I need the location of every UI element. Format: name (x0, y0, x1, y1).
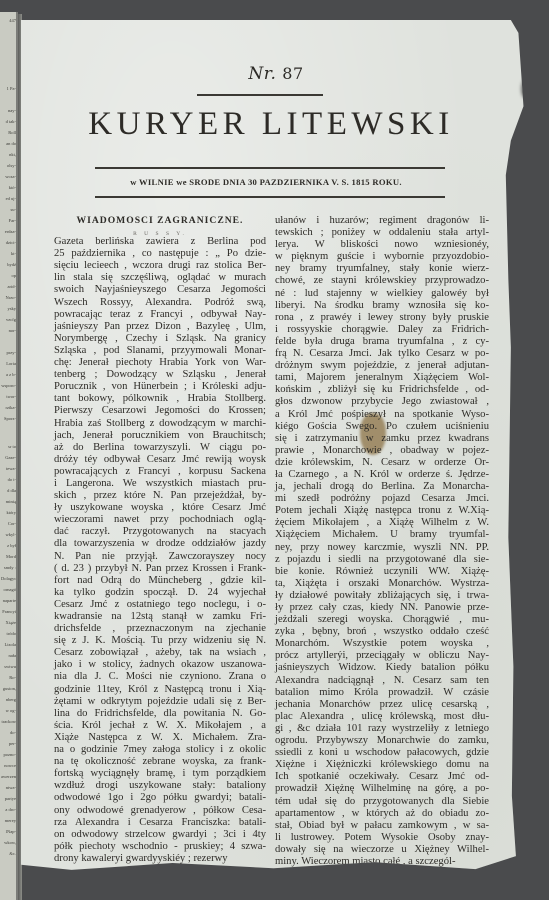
text-line: ogrodu. Przybywszy Monarchwie do zamku, (275, 735, 489, 747)
right-column-text: ułanów i huzarów; regiment dragonów li-t… (275, 215, 489, 868)
text-line: Monarchóm. Wszystkie potem woyska , (275, 638, 489, 650)
margin-fragment: 1 Pa- (1, 86, 16, 97)
text-line: ja, jechali drogą do Berlina. Za Monarch… (275, 481, 489, 493)
margin-fragment: do- (1, 730, 16, 741)
text-line: jach, Jenerał porucznikiem von Brauchits… (54, 430, 266, 442)
text-line: N. Pan nie przyjął. Zawczorayszey nocy (54, 551, 266, 563)
text-line: chę: Jenerał piechoty Hrabia York von Wa… (54, 357, 266, 369)
text-line: nia dla J. C. Mości nie czyniono. Zrana … (54, 671, 266, 683)
newspaper-title: KURYER LITEWSKI (51, 106, 491, 143)
text-line: ka tylko godzin spoczął. D. 24 wyjechał (54, 587, 266, 599)
margin-fragment: sr to (1, 444, 16, 455)
margin-fragment: a dro- (1, 807, 16, 818)
text-line: powracając teraz z Francyi , odbywał Nay… (54, 309, 266, 321)
text-line: chowé, ze stayni królewskiey przyprowadz… (275, 275, 489, 287)
section-heading: WIADOMOSCI ZAGRANICZNE. (54, 215, 266, 227)
margin-fragment: awerzeni (1, 774, 16, 785)
margin-fragment: partye (1, 796, 16, 807)
margin-fragment: wcza- (1, 174, 16, 185)
margin-fragment: arid- (1, 284, 16, 295)
text-line: żęciem Mikołajem , a Xiążę Wilhelm z W. (275, 517, 489, 529)
text-line: wieczorami nawet przy pochodniach oglą- (54, 514, 266, 526)
text-line: ły przez cały czas, kiedy NN. Panowie pr… (275, 602, 489, 614)
margin-fragment: twor- (1, 394, 16, 405)
text-line: felde była druga brama tryumfalna , z cy… (275, 336, 489, 348)
margin-fragment: Loria (1, 361, 16, 372)
text-line: prócz artyllerýi, przeciągały w obliczu … (275, 650, 489, 662)
text-line: na o godzinie 7mey załoga stolicy i z ok… (54, 744, 266, 756)
text-line: Szląska , pod Slanami, przyymowali Monar… (54, 345, 266, 357)
text-line: Xiężne i Xiężniczki królewskiego domu na (275, 759, 489, 771)
text-line: końskim , zbliżył się ku Fridrichsfelde … (275, 384, 489, 396)
margin-fragment: su- (1, 207, 16, 218)
text-line: Cesarz zobowiązał , ażeby, tak na wsiach… (54, 647, 266, 659)
text-line: mi szedł podróżny pojazd Cesarza Jmci. (275, 493, 489, 505)
margin-fragment: wkyl- (1, 532, 16, 543)
text-line: liberyi. Na środku bramy wznosiła się ko… (275, 300, 489, 312)
text-line: Wszech Rossyy, Alexandra. Podróż swą, (54, 297, 266, 309)
margin-fragment: Cor- (1, 521, 16, 532)
text-line: skich , przez które N. Pan przejeżdżał, … (54, 490, 266, 502)
subsection-heading: R U S S Y. (54, 228, 266, 236)
margin-fragment: któ- (1, 185, 16, 196)
text-line: rona , z prawéy i lewey strony były prus… (275, 312, 489, 324)
issue-number-value: 87 (282, 64, 303, 83)
margin-fragment: Ro- (1, 675, 16, 686)
text-line: ony odwodowé grenadyerow , półkow Cesa- (54, 805, 266, 817)
text-line: tewskich ; poniżey w oddaleniu stała art… (275, 227, 489, 239)
text-line: Gazeta berlińska zawiera z Berlina pod (54, 236, 266, 248)
margin-fragment: wkow, (1, 840, 16, 851)
text-line: Alexandra nadciągnął , N. Cesarz sam ten (275, 675, 489, 687)
previous-page-number: 447 (1, 18, 16, 25)
margin-fragment: z był (1, 543, 16, 554)
margin-fragment: minią (1, 499, 16, 510)
text-line: Porucznik , von Hünerbein ; i Króleski a… (54, 381, 266, 393)
text-line: lina do Fridrichsfelde, dla powitania N.… (54, 708, 266, 720)
text-line: ścia. Król jechał z W. X. Mikołajem , a (54, 720, 266, 732)
text-line: wzdłuż drogi uszykowane stały: bataliony (54, 780, 266, 792)
margin-fragment: ed uj- (1, 196, 16, 207)
margin-fragment: erdza- (1, 229, 16, 240)
text-line: Potem jechali Xiążę następca tronu z W.X… (275, 505, 489, 517)
scanned-newspaper-page: 447 1 Pa-nay-d tak-Rollan donkt,olsy-wcz… (0, 0, 549, 900)
margin-fragment: swtwu (1, 664, 16, 675)
text-line: jaśnieyszych Widzow. Kiedy batalion półk… (275, 662, 489, 674)
rule-above-dateline (95, 167, 445, 169)
margin-fragment: Sporz- (1, 416, 16, 427)
text-line: rza Alexandra i Cesarza Franciszka: bata… (54, 817, 266, 829)
text-line: jechania Monarchów przez ulicę cesarską … (275, 699, 489, 711)
text-line: ły działowé powitały zbliżających się, i… (275, 590, 489, 602)
margin-fragment: nberg (1, 697, 16, 708)
text-line: kiégo Gościa Swego. Po czułem uciśnieniu (275, 421, 489, 433)
dateline: w WILNIE we SRODE DNIA 30 PAZDZIERNIKA V… (81, 177, 451, 187)
margin-fragment: nor- (1, 328, 16, 339)
margin-fragment: nowce (1, 763, 16, 774)
margin-fragment: lNap- (1, 829, 16, 840)
margin-fragment: dzici- (1, 240, 16, 251)
text-line: plac Alexandra , ulicę królewską, most d… (275, 711, 489, 723)
text-line: ły uszykowane woyska , które Cesarz Jmć (54, 502, 266, 514)
text-line: frą N. Cesarza Jmci. Jak tylko Cesarz w … (275, 348, 489, 360)
text-line: dać raczył. Przygotowanych na stacyach (54, 526, 266, 538)
text-line: bie konie. Również uczynili WW. Xiążę- (275, 566, 489, 578)
margin-fragment: naparte (1, 598, 16, 609)
text-line: a Król Jmć pośpieszył na spotkanie Wyso- (275, 409, 489, 421)
text-line: Xiąże Następca z W. X. Michałem. Zra- (54, 732, 266, 744)
text-line: lerya. W bliskości nowo wzniesionéy, (275, 239, 489, 251)
issue-label: Nr. (248, 64, 276, 84)
text-line: Norymbergę , Czechy i Szląsk. Na granicy (54, 333, 266, 345)
text-line: jako i w stolicy, żadnych okazow uszanow… (54, 659, 266, 671)
text-line: Pierwszy Cesarzowi Jegomości do Krossen; (54, 405, 266, 417)
text-line: tami, Majorem jeneralnym Xiążęciem Wol- (275, 372, 489, 384)
text-line: Ich spotkanié oczekiwały. Cesarz Jmć od- (275, 771, 489, 783)
text-line: drichsfelde , przeznaczonym na zjechanie (54, 623, 266, 635)
ink-blot (521, 80, 529, 98)
margin-fragment: olsy- (1, 163, 16, 174)
previous-page-text-fragments-bottom: sr toGaze-tewa-do i-d dlaminiąktóryCor-w… (1, 444, 16, 862)
margin-fragment: Nrzo- (1, 295, 16, 306)
text-line: dróży téy odbywał Cesarz Jmć rewiją woys… (54, 454, 266, 466)
text-line: sięciu lecieech , wczora drugi raz stoli… (54, 260, 266, 272)
text-line: drony kawaleryi gwardyyskiéy ; rezerwy (54, 853, 266, 865)
newspaper-page: Nr. 87 KURYER LITEWSKI w WILNIE we SRODE… (21, 20, 526, 882)
text-line: się i zatrzymaniu w zamku przez kwadrans (275, 433, 489, 445)
text-line: Cesarz Jmć z ostatniego tego noclegu, i … (54, 599, 266, 611)
text-line: fort nad Odrą do Müncheberg , gdzie kil- (54, 575, 266, 587)
text-line: ta, Xiążęta i orszaki Monarchów. Wystrza… (275, 578, 489, 590)
text-line: Hrabia zaś Stollberg z dowodzącym w marc… (54, 418, 266, 430)
margin-fragment: ntwa- (1, 785, 16, 796)
margin-fragment: nała (1, 653, 16, 664)
margin-fragment: vzcfg (1, 317, 16, 328)
text-line: półk piechoty wschodnio - pruskiey; 4 sz… (54, 841, 266, 853)
text-line: tant bokowy, pólkownik , Hrabia Stollber… (54, 393, 266, 405)
margin-fragment: wsporo- (1, 383, 16, 394)
margin-fragment: nay- (1, 108, 16, 119)
text-line: jeżdżali szeregi woyska. Chorągwié , mu- (275, 614, 489, 626)
text-line: tenberg ; Dowodzący w Szląsku , Jenerał (54, 369, 266, 381)
rule-under-issue (197, 94, 323, 96)
text-line: miny. Wieczorem miasto całé , a szczegól… (275, 856, 489, 868)
margin-fragment: ornagó (1, 587, 16, 598)
margin-fragment: tewa- (1, 466, 16, 477)
margin-fragment: tródo (1, 631, 16, 642)
margin-fragment: Xiąże (1, 620, 16, 631)
margin-fragment (1, 97, 16, 108)
text-line: lin stala się szczęśliwą, oglądać w mura… (54, 272, 266, 284)
text-line: kwadransie na 12stą stanął w zamku Fri- (54, 611, 266, 623)
text-line: powracających z Francyi , korpusu Sacken… (54, 466, 266, 478)
text-line: dróżnym swym pojeździe, z jenerał adjuta… (275, 360, 489, 372)
text-line: li lustrowey. Potem Wysokie Osoby znay- (275, 832, 489, 844)
text-line: z pojazdu i siedli na przygotowané dla s… (275, 554, 489, 566)
text-line: aż do Berlina towarzyszyli. W ciągu po- (54, 442, 266, 454)
margin-fragment: który (1, 510, 16, 521)
text-line: on odwodowy strzelcow gwardyi ; 3ci i 4t… (54, 829, 266, 841)
text-line: gi , &c działa 101 razy wystrzeliły z le… (275, 723, 489, 735)
previous-page-edge: 447 1 Pa-nay-d tak-Rollan donkt,olsy-wcz… (0, 12, 18, 900)
margin-fragment: nkt, (1, 152, 16, 163)
text-line: fortską wyciągnęły bramę, i tym porządki… (54, 768, 266, 780)
margin-fragment: Lizola (1, 642, 16, 653)
article-column-left: WIADOMOSCI ZAGRANICZNE. R U S S Y. Gazet… (54, 215, 266, 865)
rule-below-dateline (95, 196, 445, 198)
text-line: ła Czarnego , a N. Król w orderze ś. Jęd… (275, 469, 489, 481)
margin-fragment: merey (1, 818, 16, 829)
text-line: batalion mimo Króla prowadził. W czásie (275, 687, 489, 699)
margin-fragment: d tak- (1, 119, 16, 130)
text-line: prawie , Monarchowie , obadway w pojez- (275, 445, 489, 457)
text-line: ( d. 23 ) przybył N. Pan przez Krossen i… (54, 563, 266, 575)
margin-fragment: przy- (1, 350, 16, 361)
margin-fragment: an do (1, 141, 16, 152)
margin-fragment: trackow (1, 719, 16, 730)
text-line: dowały się na wieczorze u Xiężney Wilhel… (275, 844, 489, 856)
text-line: ney bramy tryumfalney, stały konie wierz… (275, 263, 489, 275)
text-line: jaśnieyszy Pan przez Dizon , Bazyleę , U… (54, 321, 266, 333)
text-line: i Langerona. We wszystkich miastach pru- (54, 478, 266, 490)
text-line: i rossyyskie chorągwie. Daley za Fridric… (275, 324, 489, 336)
margin-fragment: smdy : (1, 565, 16, 576)
article-column-right: ułanów i huzarów; regiment dragonów li-t… (275, 215, 489, 868)
text-line: né : lud stajenny w wielkiey galowéy był (275, 288, 489, 300)
margin-fragment: op (1, 273, 16, 284)
text-line: prowadził Xiężnę Wilhelminę na górę, a p… (275, 783, 489, 795)
margin-fragment: do i- (1, 477, 16, 488)
margin-fragment: per- (1, 741, 16, 752)
margin-fragment: rzika- (1, 405, 16, 416)
text-line: stał, Obiad był w pałacu zamkowym , w sa… (275, 820, 489, 832)
text-line: dla towarzyszenia w drodze oddziałów jaz… (54, 538, 266, 550)
text-line: na tę okoliczność zebrane woyska, za fra… (54, 756, 266, 768)
margin-fragment: Mord (1, 554, 16, 565)
margin-fragment: bydź (1, 262, 16, 273)
text-line: Xiążęciem Michałem. U bramy tryumfal- (275, 529, 489, 541)
margin-fragment: Dolagyc (1, 576, 16, 587)
margin-fragment: Gaze- (1, 455, 16, 466)
text-line: swoich Nayjaśnieyszego Cesarza Jegomości (54, 284, 266, 296)
margin-fragment: d dla (1, 488, 16, 499)
text-line: ułanów i huzarów; regiment dragonów li- (275, 215, 489, 227)
text-line: się z J. K. Mością. Tu przy widzeniu się… (54, 635, 266, 647)
margin-fragment: ysky (1, 306, 16, 317)
text-line: ssiedli z koni u wschodow pałacowych, gd… (275, 747, 489, 759)
text-line: ney, przy nowey karczmie, wyszli NN. PP. (275, 542, 489, 554)
text-line: w pięknym guście i wybornie przyozdobio- (275, 251, 489, 263)
margin-fragment: gusion, (1, 686, 16, 697)
text-line: głos dzwonow przybycie Jego zwiastował , (275, 396, 489, 408)
left-column-text: Gazeta berlińska zawiera z Berlina pod25… (54, 236, 266, 865)
issue-number: Nr. 87 (221, 64, 331, 84)
text-line: godzinie 11tey, Król z Następcą tronu i … (54, 684, 266, 696)
margin-fragment: a z b- (1, 372, 16, 383)
text-line: dzie królewskim, N. Cesarz w orderze Or- (275, 457, 489, 469)
margin-fragment: kt- (1, 251, 16, 262)
margin-fragment (1, 339, 16, 350)
text-line: apartamentow , w których aż do obiadu zo… (275, 808, 489, 820)
margin-fragment: &c. (1, 851, 16, 862)
margin-fragment: Francyi (1, 609, 16, 620)
margin-fragment: pozno- (1, 752, 16, 763)
margin-fragment: Far- (1, 218, 16, 229)
text-line: 25 października , co następuje : „ Po dz… (54, 248, 266, 260)
margin-fragment: w og- (1, 708, 16, 719)
text-line: zyka , bębny, broń , wszystko oddało cze… (275, 626, 489, 638)
margin-fragment: Roll (1, 130, 16, 141)
text-line: odwodowé 1go i 2go półku gwardyi; batali… (54, 792, 266, 804)
previous-page-text-fragments-top: 1 Pa-nay-d tak-Rollan donkt,olsy-wcza-kt… (1, 86, 16, 427)
text-line: tém udał się do przygotowanych dla Siebi… (275, 796, 489, 808)
text-line: żętami w odkrytym pojeździe udali się z … (54, 696, 266, 708)
